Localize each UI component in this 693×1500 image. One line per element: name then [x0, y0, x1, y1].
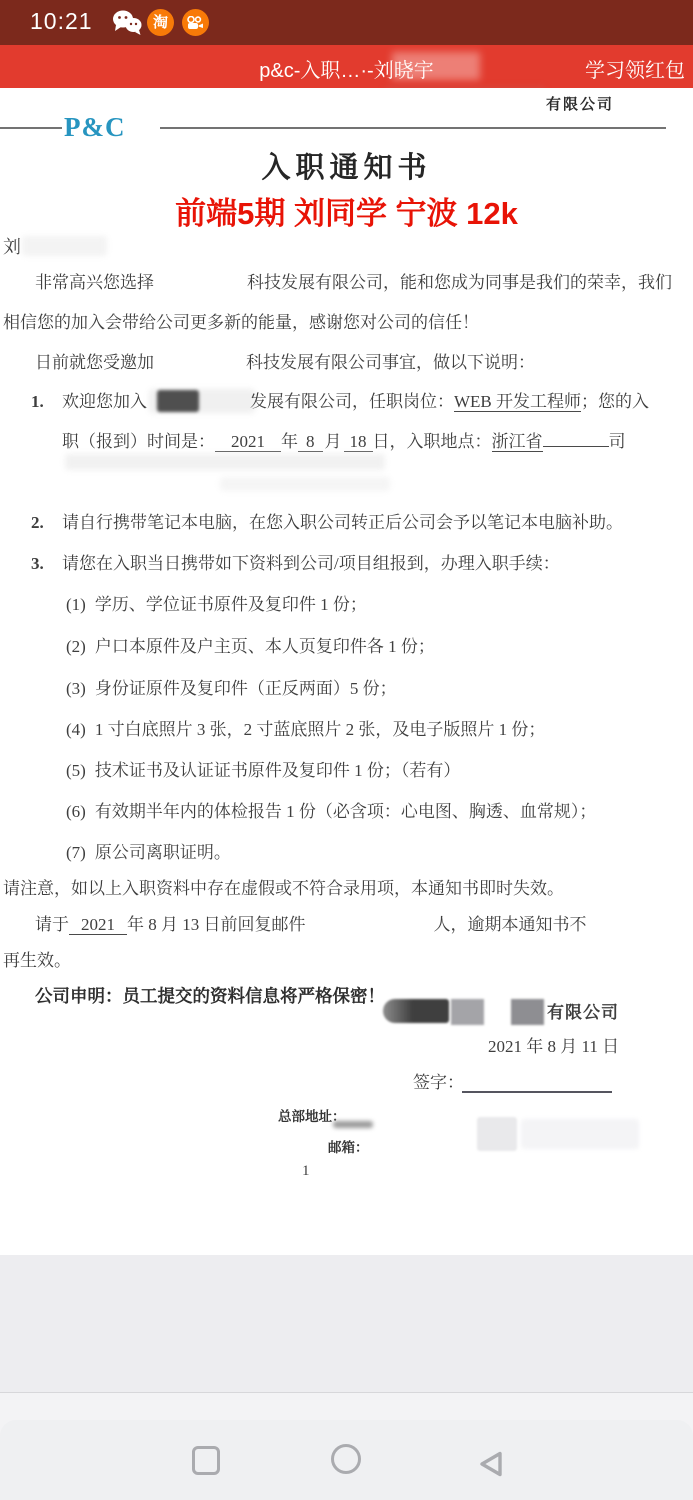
- reply-year-field: 2021: [69, 915, 127, 935]
- letterhead-company-name: 有限公司: [546, 93, 614, 114]
- document-page[interactable]: 有限公司 P&C 入职通知书 前端5期 刘同学 宁波 12k 刘 非常高兴您选择…: [0, 88, 693, 1255]
- list-item: (2)户口本原件及户主页、本人页复印件各 1 份；: [66, 636, 435, 657]
- signature-company-redaction-dark: [383, 999, 449, 1023]
- phone-screen: 10:21 淘: [0, 0, 693, 1500]
- taobao-icon: 淘: [147, 9, 174, 36]
- signature-blank-line: [462, 1091, 612, 1093]
- list-item: (7)原公司离职证明。: [66, 842, 231, 863]
- clock-time: 10:21: [30, 8, 93, 35]
- sign-label: 签字：: [413, 1072, 464, 1093]
- android-navigation-bar: [0, 1393, 693, 1500]
- declaration-line: 公司申明：员工提交的资料信息将严格保密！: [35, 986, 385, 1008]
- title-redaction-blur: [392, 52, 480, 80]
- notice-line: 请注意，如以上入职资料中存在虚假或不符合录用项，本通知书即时失效。: [3, 878, 564, 899]
- name-redaction: [22, 236, 107, 256]
- para2-line: 日前就您受邀加科技发展有限公司事宜，做以下说明：: [35, 352, 535, 373]
- item3-text: 请您在入职当日携带如下资料到公司/项目组报到，办理入职手续：: [62, 553, 560, 574]
- item1-number: 1.: [31, 391, 44, 412]
- list-item: (1)学历、学位证书原件及复印件 1 份；: [66, 594, 367, 615]
- wechat-icon: [112, 9, 142, 41]
- letterhead-rule-right: [160, 127, 666, 129]
- signature-date: 2021 年 8 月 11 日: [488, 1036, 619, 1057]
- page-number: 1: [302, 1162, 310, 1181]
- app-nav-bar: p&c-入职…·-刘晓宇 学习领红包: [0, 45, 693, 88]
- hq-address-redaction: [333, 1121, 373, 1128]
- annotation-subtitle: 前端5期 刘同学 宁波 12k: [0, 188, 693, 233]
- status-bar: 10:21 淘: [0, 0, 693, 45]
- address-redaction-1: [65, 454, 385, 470]
- red-packet-action-button[interactable]: 学习领红包: [585, 54, 685, 83]
- location-redaction-gap: [543, 446, 609, 447]
- list-item: (3)身份证原件及复印件（正反两面）5 份；: [66, 678, 397, 699]
- item1-line1: 欢迎您加入发展有限公司，任职岗位：WEB 开发工程师；您的入: [62, 391, 649, 412]
- item1-line2: 职（报到）时间是：2021年8月18日，入职地点：浙江省司: [62, 431, 626, 452]
- signature-company-redaction-gray1: [451, 999, 484, 1025]
- letterhead-rule-left: [0, 127, 62, 129]
- home-button[interactable]: [331, 1444, 361, 1474]
- signature-company-name: 有限公司: [547, 1002, 619, 1023]
- para1-line2: 相信您的加入会带给公司更多新的能量，感谢您对公司的信任！: [3, 312, 479, 333]
- signature-company-redaction-gray2: [511, 999, 544, 1025]
- back-button[interactable]: [476, 1449, 506, 1484]
- list-item: (4)1 寸白底照片 3 张，2 寸蓝底照片 2 张，及电子版照片 1 份；: [66, 719, 545, 740]
- salutation: 刘: [3, 236, 21, 259]
- item2-text: 请自行携带笔记本电脑，在您入职公司转正后公司会予以笔记本电脑补助。: [62, 512, 623, 533]
- document-title: 入职通知书: [0, 145, 693, 186]
- location-province-underlined: 浙江省: [492, 432, 543, 452]
- start-day-field: 18: [344, 432, 373, 452]
- start-month-field: 8: [298, 432, 323, 452]
- para1-line1: 非常高兴您选择科技发展有限公司，能和您成为同事是我们的荣幸，我们: [35, 272, 672, 293]
- footer-redaction-faint: [521, 1119, 639, 1149]
- recents-button[interactable]: [192, 1446, 220, 1475]
- kuaishou-icon: [182, 9, 209, 36]
- email-label: 邮箱：: [328, 1136, 369, 1156]
- reply-line1: 请于2021年 8 月 13 日前回复邮件人，逾期本通知书不: [35, 914, 587, 935]
- address-redaction-2: [220, 477, 390, 491]
- start-year-field: 2021: [215, 432, 281, 452]
- bottom-gray-panel: [0, 1255, 693, 1392]
- pc-logo: P&C: [64, 112, 125, 143]
- list-item: (5)技术证书及认证证书原件及复印件 1 份；（若有）: [66, 760, 460, 781]
- item2-number: 2.: [31, 512, 44, 533]
- reply-line2: 再生效。: [3, 950, 71, 971]
- job-title-underlined: WEB 开发工程师: [454, 392, 581, 412]
- item3-number: 3.: [31, 553, 44, 574]
- list-item: (6)有效期半年内的体检报告 1 份（必含项：心电图、胸透、血常规）；: [66, 801, 596, 822]
- footer-redaction-box: [477, 1117, 517, 1151]
